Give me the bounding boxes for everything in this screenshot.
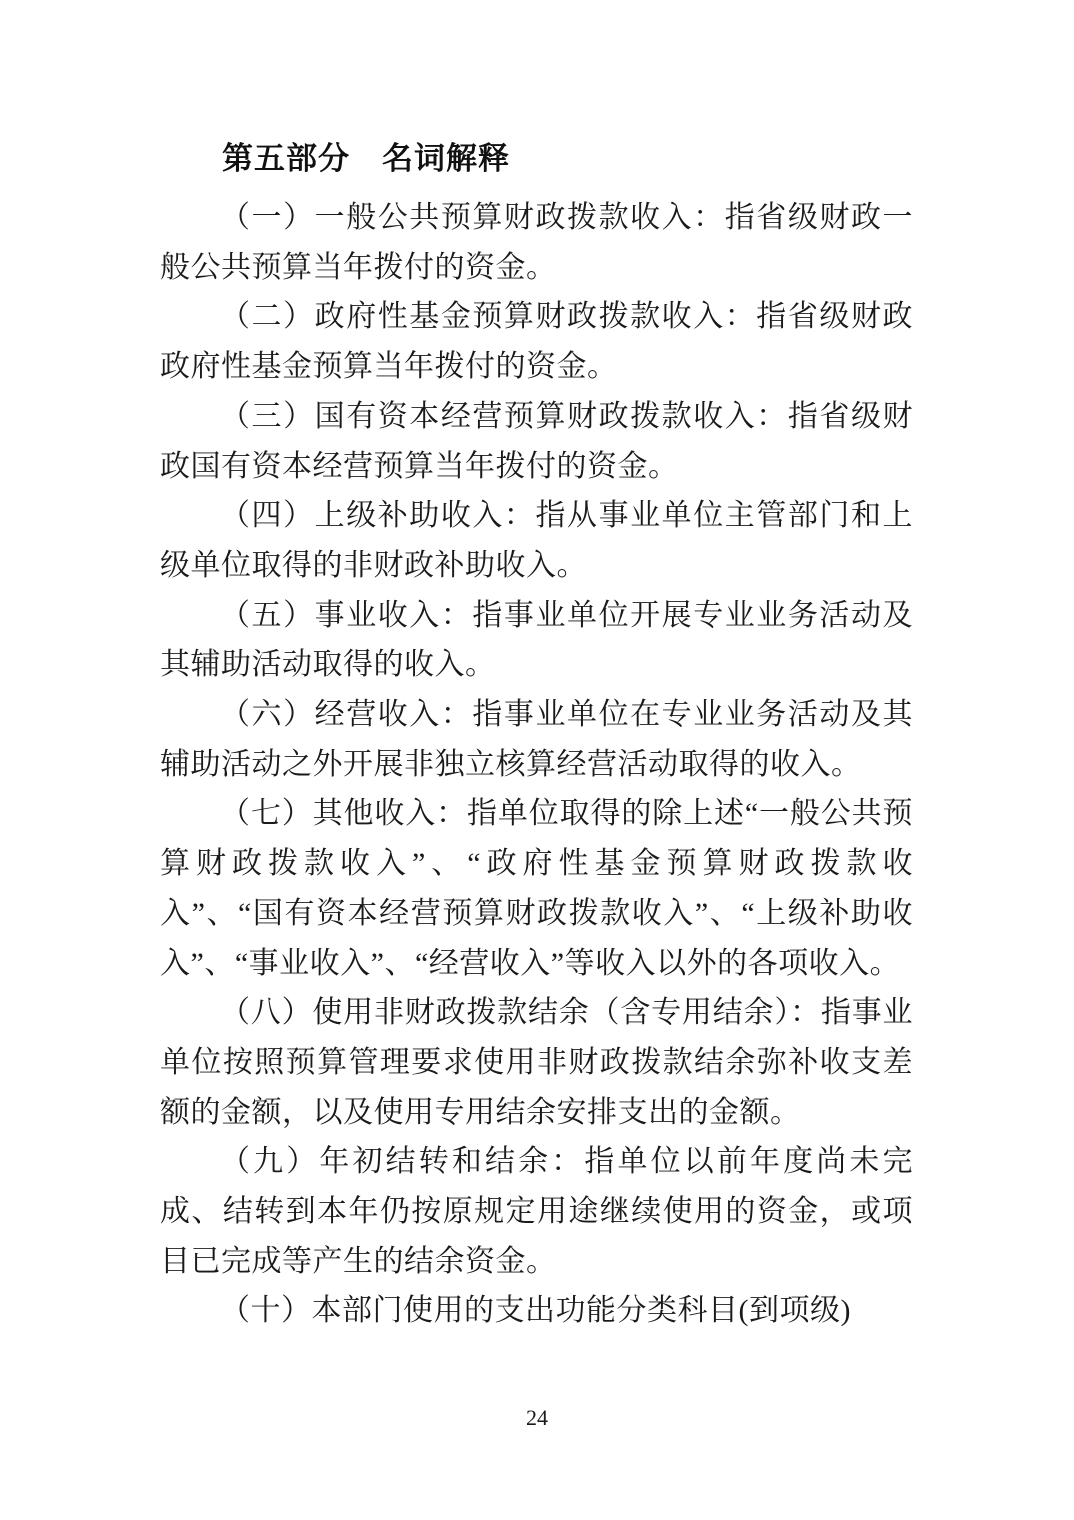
definition-paragraph-4: （四）上级补助收入：指从事业单位主管部门和上级单位取得的非财政补助收入。 [160,491,913,590]
definition-paragraph-10: （十）本部门使用的支出功能分类科目(到项级) [160,1286,913,1336]
definition-paragraph-2: （二）政府性基金预算财政拨款收入：指省级财政政府性基金预算当年拨付的资金。 [160,292,913,391]
document-page: 第五部分 名词解释 （一）一般公共预算财政拨款收入：指省级财政一般公共预算当年拨… [160,140,913,1336]
section-title: 第五部分 名词解释 [160,140,913,178]
definition-paragraph-7: （七）其他收入：指单位取得的除上述“一般公共预算财政拨款收入”、“政府性基金预算… [160,789,913,988]
definition-paragraph-8: （八）使用非财政拨款结余（含专用结余）：指事业单位按照预算管理要求使用非财政拨款… [160,988,913,1137]
definitions-list: （一）一般公共预算财政拨款收入：指省级财政一般公共预算当年拨付的资金。 （二）政… [160,193,913,1336]
definition-paragraph-3: （三）国有资本经营预算财政拨款收入：指省级财政国有资本经营预算当年拨付的资金。 [160,392,913,491]
definition-paragraph-6: （六）经营收入：指事业单位在专业业务活动及其辅助活动之外开展非独立核算经营活动取… [160,690,913,789]
definition-paragraph-1: （一）一般公共预算财政拨款收入：指省级财政一般公共预算当年拨付的资金。 [160,193,913,292]
definition-paragraph-5: （五）事业收入：指事业单位开展专业业务活动及其辅助活动取得的收入。 [160,591,913,690]
page-number: 24 [0,1405,1074,1431]
definition-paragraph-9: （九）年初结转和结余：指单位以前年度尚未完成、结转到本年仍按原规定用途继续使用的… [160,1137,913,1286]
